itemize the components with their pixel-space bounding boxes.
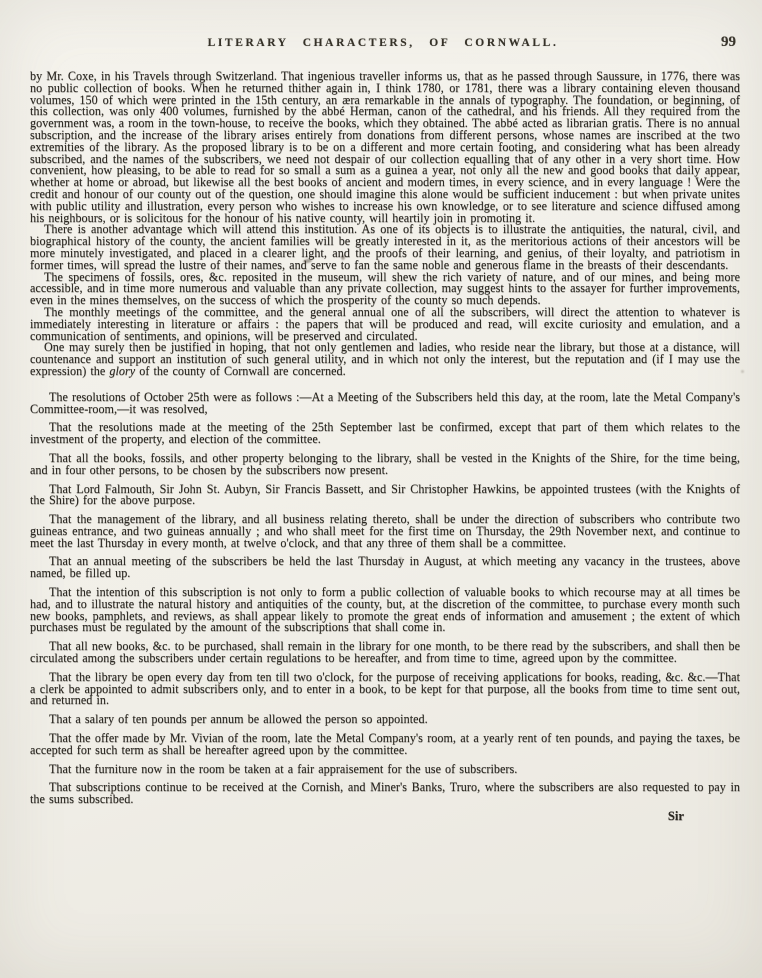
page-number: 99 xyxy=(721,34,736,51)
book-page-scan: LITERARY CHARACTERS, OF CORNWALL. 99 by … xyxy=(0,0,762,978)
resolution-room-offer: That the offer made by Mr. Vivian of the… xyxy=(30,733,740,757)
resolution-furniture: That the furniture now in the room be ta… xyxy=(30,764,740,776)
scan-artifact xyxy=(341,255,345,260)
emphasized-word: glory xyxy=(109,364,135,378)
resolution-new-books: That all new books, &c. to be purchased,… xyxy=(30,641,740,665)
scan-artifact xyxy=(741,370,744,373)
resolution-opening-hours: That the library be open every day from … xyxy=(30,672,740,707)
paragraph-meetings: The monthly meetings of the committee, a… xyxy=(30,307,740,342)
resolution-confirm: That the resolutions made at the meeting… xyxy=(30,422,740,446)
running-header: LITERARY CHARACTERS, OF CORNWALL. 99 xyxy=(30,34,740,51)
running-title: LITERARY CHARACTERS, OF CORNWALL. xyxy=(208,37,559,49)
paragraph-advantage: There is another advantage which will at… xyxy=(30,224,740,271)
resolution-salary: That a salary of ten pounds per annum be… xyxy=(30,714,740,726)
catchword: Sir xyxy=(30,811,740,823)
paragraph-glory: One may surely then be justified in hopi… xyxy=(30,342,740,377)
resolution-banks: That subscriptions continue to be receiv… xyxy=(30,782,740,806)
scan-artifact xyxy=(399,557,402,561)
paragraph-glory-after: of the county of Cornwall are concerned. xyxy=(135,364,346,378)
resolution-property: That all the books, fossils, and other p… xyxy=(30,453,740,477)
paragraph-continuation: by Mr. Coxe, in his Travels through Swit… xyxy=(30,71,740,224)
paragraph-fossils: The specimens of fossils, ores, &c. repo… xyxy=(30,272,740,307)
resolution-intro: The resolutions of October 25th were as … xyxy=(30,392,740,416)
resolution-annual-meeting: That an annual meeting of the subscriber… xyxy=(30,556,740,580)
page-text-block: by Mr. Coxe, in his Travels through Swit… xyxy=(30,71,740,823)
resolution-management: That the management of the library, and … xyxy=(30,514,740,549)
resolution-intention: That the intention of this subscription … xyxy=(30,587,740,634)
resolution-trustees: That Lord Falmouth, Sir John St. Aubyn, … xyxy=(30,484,740,508)
